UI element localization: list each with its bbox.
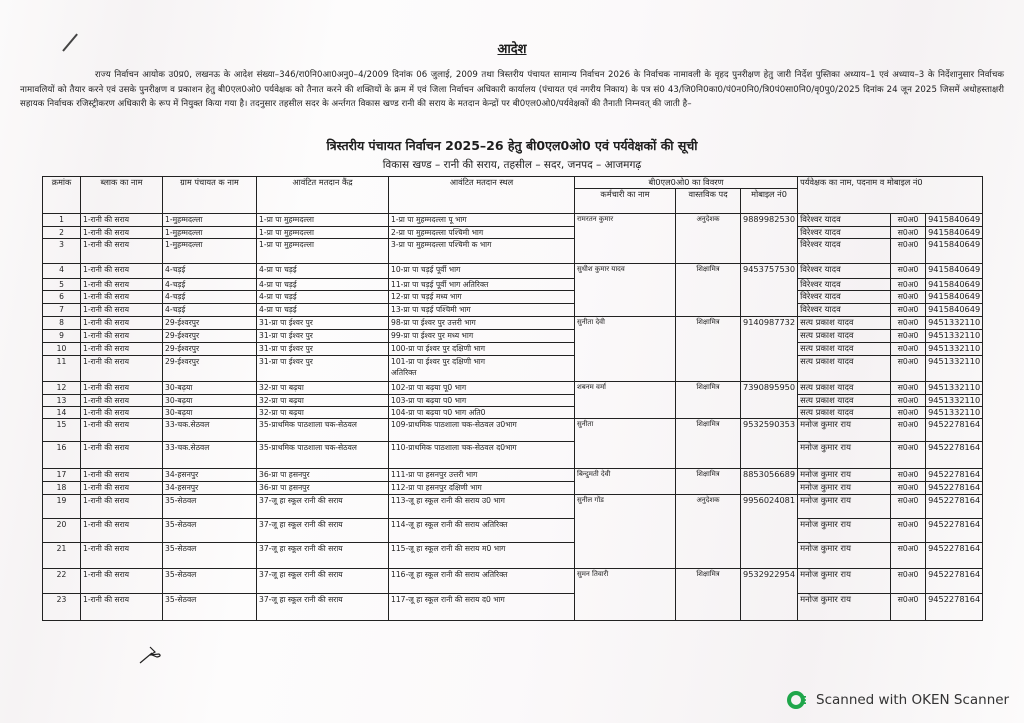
cell-block: 1-रानी की सराय	[81, 317, 163, 330]
cell-serial: 14	[43, 407, 81, 419]
cell-gram-panchayat: 30-बढ़या	[163, 382, 257, 395]
header-polling-centre: आवंटित मतदान कैंद्र	[257, 177, 389, 214]
cell-serial: 3	[43, 239, 81, 264]
cell-supervisor-post: स0अ0	[891, 382, 926, 395]
cell-serial: 10	[43, 343, 81, 356]
cell-supervisor-name: मनोज कुमार राय	[798, 469, 891, 482]
oken-scanner-logo-icon	[787, 690, 807, 710]
cell-polling-centre: 37-जू हा स्कूल रानी की सराय	[257, 594, 389, 621]
cell-supervisor-mobile: 9415840649	[926, 214, 983, 227]
cell-supervisor-mobile: 9451332110	[926, 382, 983, 395]
table-row: 231-रानी की सराय35-सेठवल37-जू हा स्कूल र…	[43, 594, 983, 621]
cell-gram-panchayat: 35-सेठवल	[163, 495, 257, 519]
cell-blo-name: रामरतन कुमार	[575, 214, 676, 264]
cell-polling-place: 12-प्रा पा चड़ई मध्य भाग	[389, 291, 575, 304]
cell-serial: 20	[43, 519, 81, 543]
cell-gram-panchayat: 4-चड़ई	[163, 264, 257, 279]
cell-gram-panchayat: 33-चक.सेठवल	[163, 442, 257, 469]
cell-supervisor-name: सत्य प्रकाश यादव	[798, 356, 891, 382]
cell-polling-place: 109-प्राथमिक पाठशाला चक-सेठवल उ0भाग	[389, 419, 575, 442]
cell-polling-place: 100-प्रा पा ईश्वर पुर दक्षिणी भाग	[389, 343, 575, 356]
polling-place-line: 114-जू हा स्कूल रानी की सराय अतिरिक्त	[391, 519, 572, 530]
cell-blo-mobile: 8853056689	[741, 469, 798, 495]
cell-supervisor-post: स0अ0	[891, 495, 926, 519]
cell-blo-mobile: 9140987732	[741, 317, 798, 382]
list-subtitle: विकास खण्ड – रानी की सराय, तहसील – सदर, …	[0, 158, 1024, 172]
cell-polling-centre: 32-प्रा पा बढ़या	[257, 382, 389, 395]
cell-supervisor-post: स0अ0	[891, 395, 926, 407]
cell-block: 1-रानी की सराय	[81, 519, 163, 543]
cell-polling-place: 104-प्रा पा बढ़या प0 भाग अति0	[389, 407, 575, 419]
cell-blo-name: शबनम वर्मा	[575, 382, 676, 419]
cell-supervisor-name: विरेश्वर यादव	[798, 279, 891, 291]
cell-polling-place: 1-प्रा पा मुहम्मदल्ला पू भाग	[389, 214, 575, 227]
cell-blo-post: शिक्षामित्र	[676, 419, 741, 469]
cell-serial: 1	[43, 214, 81, 227]
header-blo-post: वास्तविक पद	[676, 189, 741, 214]
cell-blo-post: शिक्षामित्र	[676, 317, 741, 382]
header-gram-panchayat: ग्राम पंचायत क नाम	[163, 177, 257, 214]
polling-place-line: 102-प्रा पा बढ़या पू0 भाग	[391, 382, 572, 393]
cell-gram-panchayat: 34-हसनपुर	[163, 469, 257, 482]
cell-block: 1-रानी की सराय	[81, 214, 163, 227]
cell-block: 1-रानी की सराय	[81, 264, 163, 279]
polling-place-line: 3-प्रा पा मुहम्मदल्ला पश्चिमी क भाग	[391, 239, 572, 250]
cell-blo-mobile: 7390895950	[741, 382, 798, 419]
order-heading: आदेश	[0, 39, 1024, 57]
table-row: 221-रानी की सराय35-सेठवल37-जू हा स्कूल र…	[43, 569, 983, 594]
cell-supervisor-post: स0अ0	[891, 419, 926, 442]
cell-blo-name: सुमन तिवारी	[575, 569, 676, 621]
cell-supervisor-mobile: 9451332110	[926, 317, 983, 330]
cell-gram-panchayat: 35-सेठवल	[163, 519, 257, 543]
cell-block: 1-रानी की सराय	[81, 239, 163, 264]
cell-serial: 21	[43, 543, 81, 569]
polling-place-line: 113-जू हा स्कूल रानी की सराय उ0 भाग	[391, 495, 572, 506]
header-blo-mobile: मोबाइल नं0	[741, 189, 798, 214]
cell-supervisor-mobile: 9452278164	[926, 442, 983, 469]
cell-supervisor-post: स0अ0	[891, 239, 926, 264]
cell-polling-centre: 36-प्रा पा हसनपुर	[257, 482, 389, 495]
cell-serial: 18	[43, 482, 81, 495]
cell-block: 1-रानी की सराय	[81, 495, 163, 519]
cell-blo-post: शिक्षामित्र	[676, 264, 741, 317]
table-row: 31-रानी की सराय1-मुहम्मदल्ला1-प्रा पा मु…	[43, 239, 983, 264]
cell-supervisor-mobile: 9452278164	[926, 519, 983, 543]
cell-block: 1-रानी की सराय	[81, 291, 163, 304]
cell-supervisor-mobile: 9451332110	[926, 343, 983, 356]
cell-polling-place: 115-जू हा स्कूल रानी की सराय म0 भाग	[389, 543, 575, 569]
polling-place-line-2: अतिरिक्त	[391, 367, 572, 378]
table-row: 141-रानी की सराय30-बढ़या32-प्रा पा बढ़या…	[43, 407, 983, 419]
cell-polling-centre: 31-प्रा पा ईश्वर पुर	[257, 356, 389, 382]
cell-gram-panchayat: 4-चड़ई	[163, 291, 257, 304]
cell-blo-name: बिन्दुमती देवी	[575, 469, 676, 495]
cell-polling-place: 103-प्रा पा बढ़या प0 भाग	[389, 395, 575, 407]
cell-polling-centre: 37-जू हा स्कूल रानी की सराय	[257, 519, 389, 543]
cell-polling-place: 112-प्रा पा हसनपुर दक्षिणी भाग	[389, 482, 575, 495]
table-row: 61-रानी की सराय4-चड़ई4-प्रा पा चड़ई12-प्…	[43, 291, 983, 304]
cell-supervisor-post: स0अ0	[891, 469, 926, 482]
cell-supervisor-name: सत्य प्रकाश यादव	[798, 395, 891, 407]
cell-polling-place: 116-जू हा स्कूल रानी की सराय अतिरिक्त	[389, 569, 575, 594]
cell-gram-panchayat: 1-मुहम्मदल्ला	[163, 239, 257, 264]
cell-blo-name: सुनील गोंड	[575, 495, 676, 569]
table-row: 191-रानी की सराय35-सेठवल37-जू हा स्कूल र…	[43, 495, 983, 519]
cell-block: 1-रानी की सराय	[81, 330, 163, 343]
cell-blo-mobile: 9889982530	[741, 214, 798, 264]
cell-gram-panchayat: 33-चक.सेठवल	[163, 419, 257, 442]
cell-supervisor-post: स0अ0	[891, 304, 926, 317]
cell-block: 1-रानी की सराय	[81, 442, 163, 469]
cell-gram-panchayat: 30-बढ़या	[163, 395, 257, 407]
cell-polling-centre: 32-प्रा पा बढ़या	[257, 407, 389, 419]
cell-polling-centre: 4-प्रा पा चड़ई	[257, 304, 389, 317]
cell-supervisor-post: स0अ0	[891, 594, 926, 621]
cell-supervisor-post: स0अ0	[891, 343, 926, 356]
polling-place-line: 2-प्रा पा मुहम्मदल्ला पश्चिमी भाग	[391, 227, 572, 238]
cell-polling-centre: 31-प्रा पा ईश्वर पुर	[257, 343, 389, 356]
cell-blo-name: सुधीश कुमार यादव	[575, 264, 676, 317]
cell-block: 1-रानी की सराय	[81, 304, 163, 317]
cell-supervisor-name: सत्य प्रकाश यादव	[798, 407, 891, 419]
cell-supervisor-name: मनोज कुमार राय	[798, 594, 891, 621]
polling-place-line: 116-जू हा स्कूल रानी की सराय अतिरिक्त	[391, 569, 572, 580]
cell-blo-post: अनुदेशक	[676, 495, 741, 569]
table-row: 101-रानी की सराय29-ईश्वरपुर31-प्रा पा ईश…	[43, 343, 983, 356]
cell-block: 1-रानी की सराय	[81, 407, 163, 419]
cell-block: 1-रानी की सराय	[81, 543, 163, 569]
cell-polling-centre: 4-प्रा पा चड़ई	[257, 264, 389, 279]
cell-supervisor-post: स0अ0	[891, 519, 926, 543]
cell-serial: 19	[43, 495, 81, 519]
table-row: 151-रानी की सराय33-चक.सेठवल35-प्राथमिक प…	[43, 419, 983, 442]
cell-supervisor-mobile: 9415840649	[926, 264, 983, 279]
header-polling-place: आवंटित मतदान स्थल	[389, 177, 575, 214]
blo-roster-table: क्रमांक ब्लाक का नाम ग्राम पंचायत क नाम …	[42, 176, 983, 621]
cell-supervisor-post: स0अ0	[891, 442, 926, 469]
scanner-text: Scanned with OKEN Scanner	[816, 692, 1009, 708]
polling-place-line: 104-प्रा पा बढ़या प0 भाग अति0	[391, 407, 572, 418]
cell-supervisor-name: विरेश्वर यादव	[798, 291, 891, 304]
cell-supervisor-mobile: 9452278164	[926, 469, 983, 482]
cell-supervisor-post: स0अ0	[891, 227, 926, 239]
cell-polling-place: 101-प्रा पा ईश्वर पुर दक्षिणी भागअतिरिक्…	[389, 356, 575, 382]
cell-serial: 2	[43, 227, 81, 239]
cell-gram-panchayat: 35-सेठवल	[163, 594, 257, 621]
cell-serial: 6	[43, 291, 81, 304]
cell-supervisor-name: सत्य प्रकाश यादव	[798, 382, 891, 395]
polling-place-line: 112-प्रा पा हसनपुर दक्षिणी भाग	[391, 482, 572, 493]
cell-blo-post: शिक्षामित्र	[676, 382, 741, 419]
cell-gram-panchayat: 1-मुहम्मदल्ला	[163, 214, 257, 227]
cell-supervisor-name: विरेश्वर यादव	[798, 239, 891, 264]
cell-polling-place: 114-जू हा स्कूल रानी की सराय अतिरिक्त	[389, 519, 575, 543]
cell-supervisor-mobile: 9452278164	[926, 594, 983, 621]
cell-supervisor-mobile: 9452278164	[926, 543, 983, 569]
cell-block: 1-रानी की सराय	[81, 343, 163, 356]
cell-serial: 12	[43, 382, 81, 395]
cell-polling-place: 99-प्रा पा ईश्वर पुर मध्य भाग	[389, 330, 575, 343]
cell-gram-panchayat: 34-हसनपुर	[163, 482, 257, 495]
polling-place-line: 117-जू हा स्कूल रानी की सराय द0 भाग	[391, 594, 572, 605]
cell-supervisor-name: मनोज कुमार राय	[798, 569, 891, 594]
table-row: 51-रानी की सराय4-चड़ई4-प्रा पा चड़ई11-प्…	[43, 279, 983, 291]
cell-blo-mobile: 9532590353	[741, 419, 798, 469]
cell-supervisor-mobile: 9415840649	[926, 291, 983, 304]
cell-block: 1-रानी की सराय	[81, 382, 163, 395]
cell-gram-panchayat: 35-सेठवल	[163, 543, 257, 569]
cell-serial: 5	[43, 279, 81, 291]
cell-polling-centre: 37-जू हा स्कूल रानी की सराय	[257, 495, 389, 519]
cell-supervisor-name: मनोज कुमार राय	[798, 543, 891, 569]
polling-place-line: 99-प्रा पा ईश्वर पुर मध्य भाग	[391, 330, 572, 341]
table-row: 11-रानी की सराय1-मुहम्मदल्ला1-प्रा पा मु…	[43, 214, 983, 227]
cell-gram-panchayat: 29-ईश्वरपुर	[163, 317, 257, 330]
cell-block: 1-रानी की सराय	[81, 356, 163, 382]
polling-place-line: 115-जू हा स्कूल रानी की सराय म0 भाग	[391, 543, 572, 554]
cell-supervisor-post: स0अ0	[891, 317, 926, 330]
cell-supervisor-mobile: 9451332110	[926, 395, 983, 407]
order-paragraph: राज्य निर्वाचन आयोक उ0प्र0, लखनऊ के आदेश…	[20, 68, 1004, 112]
polling-place-line: 13-प्रा पा चड़ई पश्चिमी भाग	[391, 304, 572, 315]
cell-polling-place: 11-प्रा पा चड़ई पूर्वी भाग अतिरिक्त	[389, 279, 575, 291]
cell-polling-centre: 32-प्रा पा बढ़या	[257, 395, 389, 407]
cell-polling-centre: 1-प्रा पा मुहम्मदल्ला	[257, 239, 389, 264]
cell-block: 1-रानी की सराय	[81, 419, 163, 442]
cell-polling-centre: 1-प्रा पा मुहम्मदल्ला	[257, 214, 389, 227]
cell-supervisor-post: स0अ0	[891, 214, 926, 227]
table-row: 91-रानी की सराय29-ईश्वरपुर31-प्रा पा ईश्…	[43, 330, 983, 343]
cell-polling-centre: 35-प्राथमिक पाठशाला चक-सेठवल	[257, 419, 389, 442]
polling-place-line: 101-प्रा पा ईश्वर पुर दक्षिणी भाग	[391, 356, 572, 367]
cell-supervisor-mobile: 9415840649	[926, 304, 983, 317]
cell-supervisor-name: विरेश्वर यादव	[798, 264, 891, 279]
cell-gram-panchayat: 29-ईश्वरपुर	[163, 330, 257, 343]
table-row: 161-रानी की सराय33-चक.सेठवल35-प्राथमिक प…	[43, 442, 983, 469]
cell-supervisor-post: स0अ0	[891, 569, 926, 594]
polling-place-line: 10-प्रा पा चड़ई पूर्वी भाग	[391, 264, 572, 275]
cell-supervisor-name: मनोज कुमार राय	[798, 482, 891, 495]
table-row: 21-रानी की सराय1-मुहम्मदल्ला1-प्रा पा मु…	[43, 227, 983, 239]
cell-serial: 13	[43, 395, 81, 407]
cell-blo-name: सुनीता देवी	[575, 317, 676, 382]
cell-supervisor-name: विरेश्वर यादव	[798, 214, 891, 227]
cell-gram-panchayat: 29-ईश्वरपुर	[163, 343, 257, 356]
cell-polling-place: 117-जू हा स्कूल रानी की सराय द0 भाग	[389, 594, 575, 621]
cell-supervisor-name: मनोज कुमार राय	[798, 419, 891, 442]
cell-block: 1-रानी की सराय	[81, 482, 163, 495]
table-row: 111-रानी की सराय29-ईश्वरपुर31-प्रा पा ईश…	[43, 356, 983, 382]
cell-polling-place: 3-प्रा पा मुहम्मदल्ला पश्चिमी क भाग	[389, 239, 575, 264]
header-blo-group: बी0एल0ओ0 का विवरण	[575, 177, 798, 189]
cell-blo-post: अनुदेशक	[676, 214, 741, 264]
cell-supervisor-name: मनोज कुमार राय	[798, 495, 891, 519]
header-supervisor-group: पर्यवेक्षक का नाम, पदनाम व मोबाइल नं0	[798, 177, 983, 214]
cell-gram-panchayat: 35-सेठवल	[163, 569, 257, 594]
cell-polling-centre: 31-प्रा पा ईश्वर पुर	[257, 330, 389, 343]
cell-polling-place: 10-प्रा पा चड़ई पूर्वी भाग	[389, 264, 575, 279]
cell-polling-place: 102-प्रा पा बढ़या पू0 भाग	[389, 382, 575, 395]
table-row: 171-रानी की सराय34-हसनपुर36-प्रा पा हसनप…	[43, 469, 983, 482]
cell-blo-mobile: 9956024081	[741, 495, 798, 569]
cell-gram-panchayat: 29-ईश्वरपुर	[163, 356, 257, 382]
header-serial: क्रमांक	[43, 177, 81, 214]
cell-supervisor-post: स0अ0	[891, 543, 926, 569]
cell-serial: 8	[43, 317, 81, 330]
cell-supervisor-name: विरेश्वर यादव	[798, 227, 891, 239]
cell-gram-panchayat: 4-चड़ई	[163, 304, 257, 317]
cell-polling-place: 113-जू हा स्कूल रानी की सराय उ0 भाग	[389, 495, 575, 519]
polling-place-line: 11-प्रा पा चड़ई पूर्वी भाग अतिरिक्त	[391, 279, 572, 290]
cell-polling-centre: 35-प्राथमिक पाठशाला चक-सेठवल	[257, 442, 389, 469]
cell-gram-panchayat: 4-चड़ई	[163, 279, 257, 291]
cell-supervisor-post: स0अ0	[891, 279, 926, 291]
cell-supervisor-mobile: 9415840649	[926, 279, 983, 291]
cell-supervisor-mobile: 9415840649	[926, 227, 983, 239]
signature-mark	[138, 643, 166, 665]
table-row: 71-रानी की सराय4-चड़ई4-प्रा पा चड़ई13-प्…	[43, 304, 983, 317]
cell-serial: 7	[43, 304, 81, 317]
table-row: 81-रानी की सराय29-ईश्वरपुर31-प्रा पा ईश्…	[43, 317, 983, 330]
cell-blo-mobile: 9532922954	[741, 569, 798, 621]
cell-supervisor-name: मनोज कुमार राय	[798, 442, 891, 469]
scanner-watermark: Scanned with OKEN Scanner	[787, 690, 1009, 710]
list-title: त्रिस्तरीय पंचायत निर्वाचन 2025–26 हेतु …	[0, 137, 1024, 154]
cell-supervisor-post: स0अ0	[891, 407, 926, 419]
cell-supervisor-post: स0अ0	[891, 291, 926, 304]
table-row: 181-रानी की सराय34-हसनपुर36-प्रा पा हसनप…	[43, 482, 983, 495]
polling-place-line: 103-प्रा पा बढ़या प0 भाग	[391, 395, 572, 406]
polling-place-line: 98-प्रा पा ईश्वर पुर उत्तरी भाग	[391, 317, 572, 328]
cell-polling-centre: 4-प्रा पा चड़ई	[257, 291, 389, 304]
cell-blo-name: सुनीता	[575, 419, 676, 469]
cell-supervisor-mobile: 9452278164	[926, 482, 983, 495]
cell-serial: 22	[43, 569, 81, 594]
cell-gram-panchayat: 1-मुहम्मदल्ला	[163, 227, 257, 239]
cell-supervisor-mobile: 9415840649	[926, 239, 983, 264]
cell-polling-place: 2-प्रा पा मुहम्मदल्ला पश्चिमी भाग	[389, 227, 575, 239]
roster-body: 11-रानी की सराय1-मुहम्मदल्ला1-प्रा पा मु…	[43, 214, 983, 621]
cell-supervisor-mobile: 9452278164	[926, 419, 983, 442]
cell-supervisor-mobile: 9451332110	[926, 356, 983, 382]
cell-serial: 23	[43, 594, 81, 621]
cell-supervisor-mobile: 9452278164	[926, 495, 983, 519]
cell-blo-mobile: 9453757530	[741, 264, 798, 317]
cell-polling-centre: 37-जू हा स्कूल रानी की सराय	[257, 543, 389, 569]
cell-supervisor-mobile: 9451332110	[926, 330, 983, 343]
cell-supervisor-name: सत्य प्रकाश यादव	[798, 317, 891, 330]
header-blo-name: कर्मचारी का नाम	[575, 189, 676, 214]
cell-supervisor-post: स0अ0	[891, 264, 926, 279]
cell-blo-post: शिक्षामित्र	[676, 569, 741, 621]
cell-polling-centre: 4-प्रा पा चड़ई	[257, 279, 389, 291]
cell-supervisor-mobile: 9451332110	[926, 407, 983, 419]
cell-block: 1-रानी की सराय	[81, 395, 163, 407]
cell-block: 1-रानी की सराय	[81, 469, 163, 482]
cell-serial: 9	[43, 330, 81, 343]
header-block: ब्लाक का नाम	[81, 177, 163, 214]
cell-polling-centre: 36-प्रा पा हसनपुर	[257, 469, 389, 482]
table-row: 211-रानी की सराय35-सेठवल37-जू हा स्कूल र…	[43, 543, 983, 569]
polling-place-line: 110-प्राथमिक पाठशाला चक-सेठवल द0भाग	[391, 442, 572, 453]
cell-polling-centre: 31-प्रा पा ईश्वर पुर	[257, 317, 389, 330]
polling-place-line: 111-प्रा पा हसनपुर उत्तरी भाग	[391, 469, 572, 480]
polling-place-line: 100-प्रा पा ईश्वर पुर दक्षिणी भाग	[391, 343, 572, 354]
cell-blo-post: शिक्षामित्र	[676, 469, 741, 495]
cell-supervisor-post: स0अ0	[891, 482, 926, 495]
polling-place-line: 1-प्रा पा मुहम्मदल्ला पू भाग	[391, 214, 572, 225]
cell-serial: 15	[43, 419, 81, 442]
cell-serial: 17	[43, 469, 81, 482]
cell-block: 1-रानी की सराय	[81, 279, 163, 291]
cell-polling-place: 13-प्रा पा चड़ई पश्चिमी भाग	[389, 304, 575, 317]
cell-gram-panchayat: 30-बढ़या	[163, 407, 257, 419]
cell-polling-place: 111-प्रा पा हसनपुर उत्तरी भाग	[389, 469, 575, 482]
cell-polling-centre: 37-जू हा स्कूल रानी की सराय	[257, 569, 389, 594]
cell-supervisor-name: मनोज कुमार राय	[798, 519, 891, 543]
cell-polling-place: 110-प्राथमिक पाठशाला चक-सेठवल द0भाग	[389, 442, 575, 469]
cell-serial: 4	[43, 264, 81, 279]
cell-supervisor-post: स0अ0	[891, 356, 926, 382]
cell-supervisor-name: विरेश्वर यादव	[798, 304, 891, 317]
polling-place-line: 109-प्राथमिक पाठशाला चक-सेठवल उ0भाग	[391, 419, 572, 430]
cell-block: 1-रानी की सराय	[81, 569, 163, 594]
cell-supervisor-name: सत्य प्रकाश यादव	[798, 343, 891, 356]
cell-block: 1-रानी की सराय	[81, 594, 163, 621]
cell-serial: 16	[43, 442, 81, 469]
polling-place-line: 12-प्रा पा चड़ई मध्य भाग	[391, 291, 572, 302]
cell-serial: 11	[43, 356, 81, 382]
cell-polling-place: 98-प्रा पा ईश्वर पुर उत्तरी भाग	[389, 317, 575, 330]
table-row: 121-रानी की सराय30-बढ़या32-प्रा पा बढ़या…	[43, 382, 983, 395]
cell-supervisor-post: स0अ0	[891, 330, 926, 343]
cell-block: 1-रानी की सराय	[81, 227, 163, 239]
table-row: 201-रानी की सराय35-सेठवल37-जू हा स्कूल र…	[43, 519, 983, 543]
cell-supervisor-mobile: 9452278164	[926, 569, 983, 594]
cell-polling-centre: 1-प्रा पा मुहम्मदल्ला	[257, 227, 389, 239]
table-row: 41-रानी की सराय4-चड़ई4-प्रा पा चड़ई10-प्…	[43, 264, 983, 279]
table-row: 131-रानी की सराय30-बढ़या32-प्रा पा बढ़या…	[43, 395, 983, 407]
cell-supervisor-name: सत्य प्रकाश यादव	[798, 330, 891, 343]
